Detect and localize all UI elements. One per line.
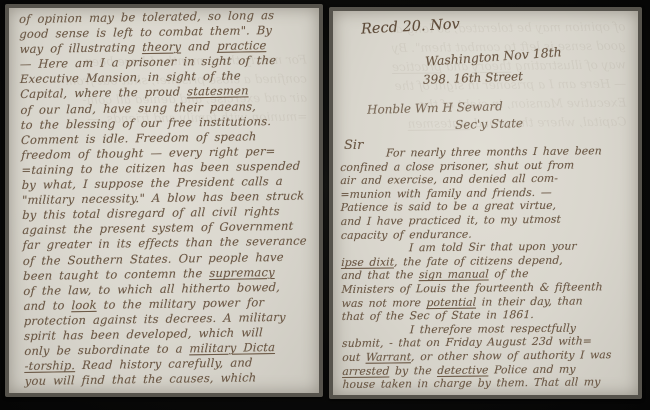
left-page-text: of opinion may be tolerated, so long as … bbox=[19, 8, 309, 390]
manuscript-photo: For nearly three months I have been conf… bbox=[0, 0, 650, 410]
manuscript-line: house taken in charge by them. That all … bbox=[342, 375, 612, 391]
dateline: Washington Nov 18th bbox=[425, 44, 562, 69]
address-line: 398. 16th Street bbox=[423, 69, 523, 86]
letter-page-right: of opinion may be tolerated, so long as … bbox=[329, 7, 642, 399]
recipient-name: Honble Wm H Seward bbox=[367, 99, 503, 117]
received-docket: Recd 20. Nov bbox=[361, 16, 460, 37]
recipient-title: Sec'y State bbox=[455, 116, 523, 132]
manuscript-line: you will find that the causes, which bbox=[25, 370, 310, 390]
letter-page-left: For nearly three months I have been conf… bbox=[5, 4, 323, 397]
right-page-text: For nearly three months I have been conf… bbox=[340, 144, 612, 391]
photo-backdrop: { "colors": { "background_color": "#0a0a… bbox=[0, 0, 650, 410]
